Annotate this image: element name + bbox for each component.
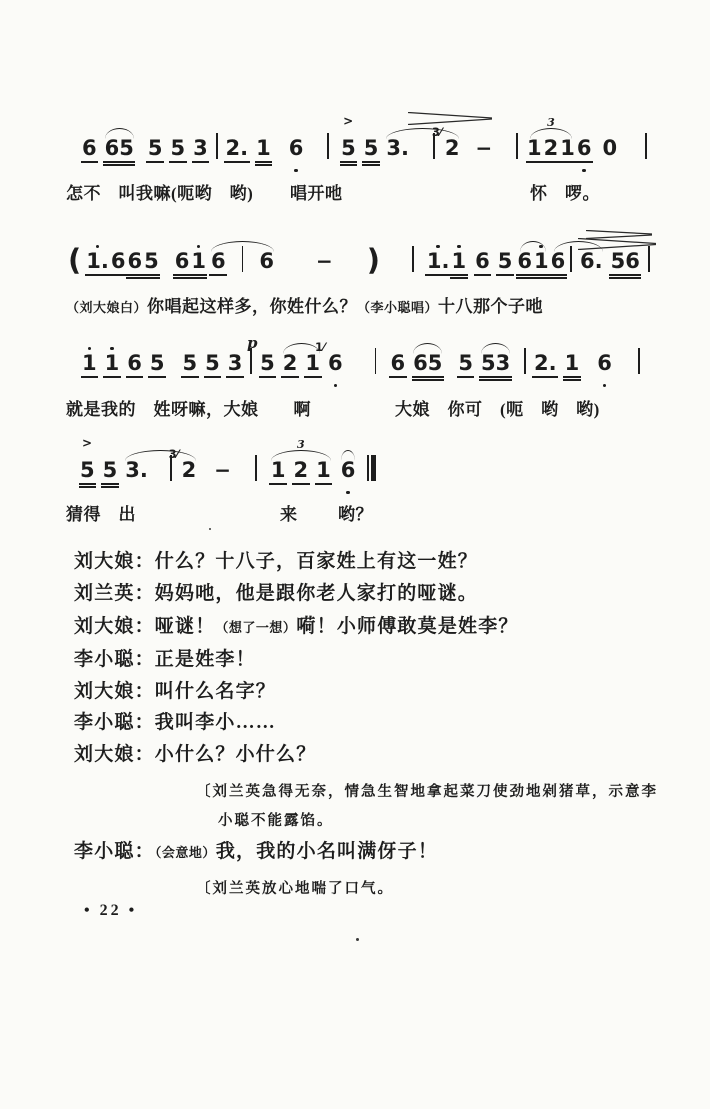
barline [242, 243, 244, 287]
text-segment: 〔刘兰英放心地喘了口气。 [196, 881, 394, 897]
note-token: ) [367, 243, 380, 287]
note-value: 6 [551, 250, 566, 272]
note-text [638, 352, 640, 374]
beam-line [85, 274, 111, 276]
underline-beams [193, 159, 208, 167]
underline-beams [445, 159, 460, 167]
note-token: 6 [175, 243, 190, 287]
dialogue-line: 刘大娘：哑谜！（想了一想）嗬！小师傅敢莫是姓李？ [74, 616, 519, 639]
note-text: 1 [82, 352, 97, 374]
note-token: 1 [534, 243, 549, 287]
dialogue-line: 刘大娘：什么？十八子，百家姓上有这一姓？ [74, 551, 478, 573]
note-token: 5 [260, 345, 275, 389]
note-value: 2. [226, 137, 249, 159]
octave-dot-icon [346, 491, 350, 495]
dialogue-line: 李小聪：正是姓李！ [74, 649, 256, 671]
beam-line [190, 274, 208, 276]
note-value: 1 [534, 250, 549, 272]
note-text: 1. [86, 250, 109, 272]
underline-beams [603, 159, 618, 167]
underline-beams [82, 374, 97, 382]
beam-line [79, 483, 97, 485]
note-text [570, 250, 572, 272]
text-segment: 来 [280, 505, 298, 524]
note-value: 5 [260, 352, 275, 374]
note-text [524, 352, 526, 374]
dialogue-line: 李小聪：（会意地）我，我的小名叫满伢子！ [74, 841, 438, 864]
music-notation-line: 11655535211⁄66655532.16 [78, 345, 644, 389]
note-text: 2 [544, 137, 559, 159]
text-segment: 哟？ [338, 505, 373, 524]
underline-beams [242, 272, 244, 280]
beam-line [496, 274, 514, 276]
beam-line [181, 376, 199, 378]
underline-beams [191, 272, 206, 280]
beam-line [479, 379, 511, 381]
octave-dot-icon [96, 245, 100, 249]
note-text [250, 352, 252, 374]
underline-beams [105, 374, 120, 382]
note-text: 65 [413, 352, 442, 374]
note-token: 1 [256, 130, 271, 174]
note-text: 5 [364, 137, 379, 159]
note-token: 3⁄2 [445, 130, 460, 174]
note-value: 0 [603, 137, 618, 159]
note-text: 5 [103, 459, 118, 481]
annotation-text: （会意地） [155, 845, 216, 860]
beam-line [516, 274, 534, 276]
note-value: 3 [228, 352, 243, 374]
beam-line [457, 376, 475, 378]
underline-beams [577, 159, 592, 167]
note-text: 2. [226, 137, 249, 159]
lyric-text: 猜得 出 [66, 504, 136, 526]
octave-dot-below [346, 489, 350, 496]
underline-beams [451, 272, 466, 280]
note-value: 6 [259, 250, 274, 272]
note-value: 5 [80, 459, 95, 481]
note-token: 2 [283, 345, 298, 389]
slur-group: 53 [477, 345, 514, 389]
page-number: • 22 • [84, 902, 137, 920]
note-token: 1 [105, 345, 120, 389]
note-text: − [475, 137, 492, 159]
beam-line [532, 277, 550, 279]
note-token: 6 [111, 243, 126, 287]
note-token: 2 [544, 130, 559, 174]
slur-group: 3121 [267, 452, 335, 496]
barline-glyph [255, 455, 257, 481]
note-text: 3⁄2 [182, 459, 197, 481]
note-token: 5 [170, 130, 185, 174]
lyric-text: 怎不 叫我嘛(呃哟 哟) [66, 183, 253, 205]
note-value: 2 [283, 352, 298, 374]
barline-glyph [242, 246, 244, 272]
beam-line [224, 161, 250, 163]
note-text: 2 [293, 459, 308, 481]
note-token: 6 [597, 345, 612, 389]
note-token: 1 [82, 345, 97, 389]
beam-line [412, 376, 444, 378]
octave-dot-icon [539, 245, 543, 249]
note-text: 1 [305, 352, 320, 374]
beam-line [479, 376, 511, 378]
underline-beams [412, 272, 414, 280]
underline-beams [214, 481, 231, 489]
underline-beams [305, 374, 320, 382]
barline [375, 345, 377, 389]
annotation-text: （想了一想） [215, 620, 296, 635]
lyric-text: 就是我的 姓呀嘛，大娘 啊 [66, 399, 311, 421]
note-text: 53 [481, 352, 510, 374]
dialogue-line: 李小聪：我叫李小…… [74, 712, 276, 734]
music-notation-line: 6655532.16>553.3⁄2−312160 [78, 130, 651, 174]
beam-line [340, 161, 358, 163]
note-text: 1. [427, 250, 450, 272]
note-value: 1 [105, 352, 120, 374]
underline-beams [289, 159, 304, 167]
note-text [516, 137, 518, 159]
underline-beams [341, 481, 356, 489]
annotation-text: （李小聪唱） [357, 300, 438, 315]
note-token: 6 [127, 243, 142, 287]
grace-note: 1⁄ [315, 342, 325, 353]
note-text: 3 [193, 137, 208, 159]
note-text: 6 [597, 352, 612, 374]
beam-line [143, 274, 161, 276]
note-token: 5 [498, 243, 513, 287]
text-segment: 李小聪：正是姓李！ [74, 649, 256, 670]
note-text: 5 [148, 137, 163, 159]
note-value: 1 [451, 250, 466, 272]
note-value: 2 [293, 459, 308, 481]
note-value: 53 [481, 352, 510, 374]
underline-beams [597, 374, 612, 382]
beam-line [259, 376, 277, 378]
note-token: 6 [390, 345, 405, 389]
text-segment: 刘兰英：妈妈吔，他是跟你老人家打的哑谜。 [74, 583, 478, 604]
note-value: 6 [597, 352, 612, 374]
note-value: 6 [341, 459, 356, 481]
underline-beams [105, 159, 134, 167]
note-value: 6 [577, 137, 592, 159]
underline-beams [125, 481, 148, 489]
underline-beams [611, 272, 640, 280]
note-text [412, 250, 414, 272]
note-value: 1 [256, 137, 271, 159]
slur-group: 3121 [526, 130, 576, 174]
note-text: 6 [475, 250, 490, 272]
text-segment: 猜得 出 [66, 505, 136, 524]
underline-beams [386, 159, 409, 167]
beam-line [362, 164, 380, 166]
note-text: 3 [228, 352, 243, 374]
note-text: 6 [259, 250, 274, 272]
underline-beams [80, 481, 95, 489]
octave-dot-icon [88, 347, 92, 351]
note-value: 6 [517, 250, 532, 272]
underline-beams [580, 272, 603, 280]
octave-dot-below [603, 382, 607, 389]
note-value: 65 [105, 137, 134, 159]
beam-line [109, 274, 127, 276]
underline-beams [216, 159, 218, 167]
note-value: 6 [211, 250, 226, 272]
barline [570, 243, 572, 287]
barline-glyph [645, 133, 647, 159]
barline [412, 243, 414, 287]
beam-line [269, 483, 287, 485]
note-token: 5 [364, 130, 379, 174]
note-value: 1. [86, 250, 109, 272]
lyric-text: 来 [280, 504, 298, 526]
note-text: − [214, 459, 231, 481]
text-segment: 李小聪： [74, 841, 155, 862]
thin-bar-glyph [367, 455, 369, 481]
text-segment: 十八那个子吔 [438, 297, 543, 316]
note-value: 6 [175, 250, 190, 272]
beam-line [516, 277, 534, 279]
octave-dot-icon [110, 347, 114, 351]
octave-dot-icon [582, 169, 586, 173]
beam-line [542, 161, 560, 163]
beam-line [609, 277, 641, 279]
underline-beams [645, 159, 647, 167]
underline-beams [316, 481, 331, 489]
beam-line [81, 376, 99, 378]
thick-bar-glyph [371, 455, 376, 481]
note-value: 2 [182, 459, 197, 481]
note-text: 1 [316, 459, 331, 481]
text-segment: 刘大娘：哑谜！ [74, 616, 215, 637]
beam-line [563, 376, 581, 378]
note-text: 6 [82, 137, 97, 159]
note-value: 6 [82, 137, 97, 159]
text-segment: 怎不 叫我嘛(呃哟 哟) [66, 184, 253, 203]
note-value: 6 [289, 137, 304, 159]
underline-beams [205, 374, 220, 382]
note-token: 5 [103, 452, 118, 496]
note-text: 2. [534, 352, 557, 374]
note-value: − [475, 137, 492, 159]
note-value: 5 [205, 352, 220, 374]
note-text: ( [68, 250, 81, 272]
text-segment: 唱开吔 [290, 184, 343, 203]
note-token: 1 [271, 452, 286, 496]
note-token: 3. [386, 130, 409, 174]
note-text: 0 [603, 137, 618, 159]
hairpin-mark-icon [408, 112, 492, 130]
note-text: 5 [205, 352, 220, 374]
octave-dot-below [294, 167, 298, 174]
text-segment: 李小聪：我叫李小…… [74, 712, 276, 733]
annotation-text: （刘大娘白） [66, 300, 147, 315]
note-value: − [214, 459, 231, 481]
note-text [255, 459, 257, 481]
sheet-music-page: • 22 • 6655532.16>553.3⁄2−312160(1.66561… [0, 0, 710, 1109]
underline-beams [127, 272, 142, 280]
note-value: 6 [127, 250, 142, 272]
beam-line [146, 161, 164, 163]
note-text [367, 459, 376, 481]
note-text: 5 [144, 250, 159, 272]
text-segment: 刘大娘：什么？十八子，百家姓上有这一姓？ [74, 551, 478, 572]
barline [216, 130, 218, 174]
music-notation-line: (1.6656166−)1.1656166.56 [64, 243, 654, 287]
note-value: 5 [183, 352, 198, 374]
underline-beams [565, 374, 580, 382]
beam-line [192, 161, 210, 163]
beam-line [549, 277, 567, 279]
music-notation-line: >553.3⁄2−31216 [76, 452, 380, 496]
beam-line [575, 161, 593, 163]
barline [524, 345, 526, 389]
text-segment: 大娘 你可 (呃 哟 哟) [395, 400, 600, 419]
beam-line [412, 379, 444, 381]
underline-beams [111, 272, 126, 280]
note-token: 0 [603, 130, 618, 174]
note-text: 3. [125, 459, 148, 481]
underline-beams [182, 481, 197, 489]
note-value: 3 [193, 137, 208, 159]
slur-group: 65 [101, 130, 138, 174]
underline-beams [211, 272, 226, 280]
beam-line [103, 376, 121, 378]
note-text: 1 [560, 137, 575, 159]
note-value: 65 [413, 352, 442, 374]
beam-line [126, 277, 144, 279]
underline-beams [638, 374, 640, 382]
note-token: 6 [127, 345, 142, 389]
note-token: 5 [458, 345, 473, 389]
beam-line [169, 161, 187, 163]
note-value: ) [367, 249, 380, 272]
note-text: 6 [517, 250, 532, 272]
underline-beams [316, 272, 333, 280]
text-segment: 刘大娘：叫什么名字？ [74, 681, 276, 702]
note-text: 5 [170, 137, 185, 159]
grace-note: 3⁄ [169, 449, 179, 460]
underline-beams [481, 374, 510, 382]
note-token: 53 [481, 345, 510, 389]
underline-beams [427, 272, 450, 280]
note-text: 65 [105, 137, 134, 159]
note-text: 6 [289, 137, 304, 159]
note-value: − [316, 250, 333, 272]
note-text: 6 [175, 250, 190, 272]
barline-glyph [638, 348, 640, 374]
underline-beams [516, 159, 518, 167]
beam-line [143, 277, 161, 279]
note-token: 1 [451, 243, 466, 287]
note-value: 1 [191, 250, 206, 272]
note-value: 3. [125, 459, 148, 481]
note-value: 6 [475, 250, 490, 272]
beam-line [563, 379, 581, 381]
note-value: 5 [341, 137, 356, 159]
underline-beams [226, 159, 249, 167]
underline-beams [544, 159, 559, 167]
note-token: 1 [191, 243, 206, 287]
underline-beams [148, 159, 163, 167]
note-token: 5 [150, 345, 165, 389]
underline-beams [150, 374, 165, 382]
beam-line [255, 161, 273, 163]
note-text: 5 [498, 250, 513, 272]
beam-line [292, 483, 310, 485]
note-token: 6 [82, 130, 97, 174]
underline-beams [475, 272, 490, 280]
beam-line [340, 164, 358, 166]
note-text: 1⁄6 [328, 352, 343, 374]
note-value: 3. [386, 137, 409, 159]
note-token: 3 [228, 345, 243, 389]
note-value: 5 [144, 250, 159, 272]
dynamic-mark: p [247, 336, 258, 350]
underline-beams [228, 374, 243, 382]
underline-beams [413, 374, 442, 382]
underline-beams [341, 159, 356, 167]
octave-dot-icon [197, 245, 201, 249]
octave-dot-icon [334, 384, 338, 388]
beam-line [103, 164, 135, 166]
underline-beams [103, 481, 118, 489]
barline [327, 130, 329, 174]
ink-speck [356, 938, 359, 941]
dialogue-line: 刘大娘：小什么？小什么？ [74, 744, 316, 766]
text-segment: 你唱起这样多，你姓什么？ [147, 297, 357, 316]
note-token: 5 [183, 345, 198, 389]
underline-beams [255, 481, 257, 489]
text-segment: 〔刘兰英急得无奈，情急生智地拿起菜刀使劲地剁猪草，示意李 [196, 784, 658, 800]
note-text: 3⁄2 [445, 137, 460, 159]
note-text: 6 [127, 250, 142, 272]
accent-mark-icon: > [82, 438, 92, 448]
beam-line [204, 376, 222, 378]
octave-dot-icon [457, 245, 461, 249]
note-text: 6 [341, 459, 356, 481]
slur-group: 3.3⁄2 [121, 452, 200, 496]
note-token: 6 [289, 130, 304, 174]
beam-line [126, 376, 144, 378]
note-text: 1 [527, 137, 542, 159]
note-text: 1 [191, 250, 206, 272]
barline-glyph [570, 246, 572, 272]
text-segment: 怀 啰。 [530, 184, 600, 203]
beam-line [209, 274, 227, 276]
underline-beams [517, 272, 532, 280]
underline-beams [390, 374, 405, 382]
note-token: 6 [475, 243, 490, 287]
note-text: 5 [80, 459, 95, 481]
beam-line [101, 483, 119, 485]
note-token: 6 [551, 243, 566, 287]
beam-line [173, 277, 191, 279]
note-value: 1 [565, 352, 580, 374]
note-value: 2. [534, 352, 557, 374]
note-text: ) [367, 250, 380, 272]
barline [255, 452, 257, 496]
note-token: 1 [527, 130, 542, 174]
barline-glyph [375, 348, 377, 374]
note-text [433, 137, 435, 159]
note-value: 5 [150, 352, 165, 374]
note-value: 5 [458, 352, 473, 374]
note-token: 3 [193, 130, 208, 174]
note-text: 1 [271, 459, 286, 481]
note-text: 3. [386, 137, 409, 159]
note-text: 1 [256, 137, 271, 159]
